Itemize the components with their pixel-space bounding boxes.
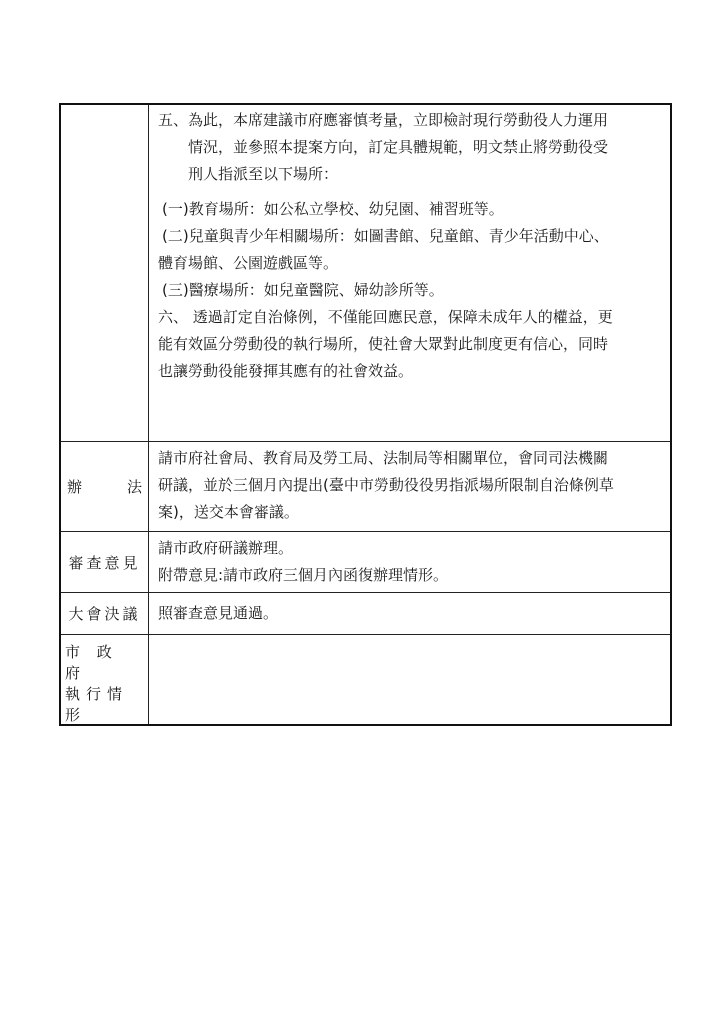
row-label-method-left: 辦	[67, 476, 82, 497]
row-label-government-line-2: 執行情形	[65, 683, 144, 725]
paragraph-6-line-3: 也讓勞動役能發揮其應有的社會效益。	[158, 358, 662, 385]
row-label-method-right: 法	[127, 476, 142, 497]
list-item-youth-line-1: (二)兒童與青少年相關場所：如圖書館、兒童館、青少年活動中心、	[158, 223, 662, 250]
method-content: 請市府社會局、教育局及勞工局、法制局等相關單位，會同司法機關 研議，並於三個月內…	[149, 442, 670, 531]
review-opinion-line-2: 附帶意見:請市政府三個月內函復辦理情形。	[158, 562, 662, 589]
document-page: 五、為此，本席建議市府應審慎考量，立即檢討現行勞動役人力運用 情況，並參照本提案…	[0, 0, 724, 1024]
paragraph-6-line-2: 能有效區分勞動役的執行場所，使社會大眾對此制度更有信心，同時	[158, 331, 662, 358]
paragraph-5-line-1: 五、為此，本席建議市府應審慎考量，立即檢討現行勞動役人力運用	[158, 107, 662, 134]
review-opinion-line-1: 請市政府研議辦理。	[158, 535, 662, 562]
row-label-empty	[61, 105, 149, 441]
table-row-assembly-resolution: 大會決議 照審查意見通過。	[61, 592, 670, 634]
assembly-resolution-text: 照審查意見通過。	[158, 600, 278, 627]
table-row-government-execution: 市 政 府 執行情形	[61, 634, 670, 724]
proposal-table: 五、為此，本席建議市府應審慎考量，立即檢討現行勞動役人力運用 情況，並參照本提案…	[59, 103, 672, 726]
row-label-assembly-resolution: 大會決議	[61, 593, 149, 634]
row-label-method: 辦 法	[61, 442, 149, 531]
list-item-medical: (三)醫療場所：如兒童醫院、婦幼診所等。	[158, 277, 662, 304]
table-row-method: 辦 法 請市府社會局、教育局及勞工局、法制局等相關單位，會同司法機關 研議，並於…	[61, 441, 670, 531]
method-line-3: 案)，送交本會審議。	[158, 499, 662, 526]
paragraph-5-line-2: 情況，並參照本提案方向，訂定具體規範，明文禁止將勞動役受	[158, 134, 662, 161]
paragraph-6-line-1: 六、 透過訂定自治條例，不僅能回應民意，保障未成年人的權益，更	[158, 304, 662, 331]
review-opinion-content: 請市政府研議辦理。 附帶意見:請市政府三個月內函復辦理情形。	[149, 532, 670, 592]
table-row-proposal-body: 五、為此，本席建議市府應審慎考量，立即檢討現行勞動役人力運用 情況，並參照本提案…	[61, 105, 670, 441]
paragraph-5-line-3: 刑人指派至以下場所：	[158, 161, 662, 188]
table-row-review-opinion: 審查意見 請市政府研議辦理。 附帶意見:請市政府三個月內函復辦理情形。	[61, 531, 670, 592]
method-line-2: 研議，並於三個月內提出(臺中市勞動役役男指派場所限制自治條例草	[158, 472, 662, 499]
row-label-government-execution: 市 政 府 執行情形	[61, 635, 149, 724]
proposal-body-content: 五、為此，本席建議市府應審慎考量，立即檢討現行勞動役人力運用 情況，並參照本提案…	[149, 105, 670, 441]
assembly-resolution-content: 照審查意見通過。	[149, 593, 670, 634]
row-label-government-line-1: 市 政 府	[65, 641, 144, 683]
list-item-education: (一)教育場所：如公私立學校、幼兒園、補習班等。	[158, 196, 662, 223]
row-label-review-opinion: 審查意見	[61, 532, 149, 592]
government-execution-content	[149, 635, 670, 724]
method-line-1: 請市府社會局、教育局及勞工局、法制局等相關單位，會同司法機關	[158, 445, 662, 472]
list-item-youth-line-2: 體育場館、公園遊戲區等。	[158, 250, 662, 277]
